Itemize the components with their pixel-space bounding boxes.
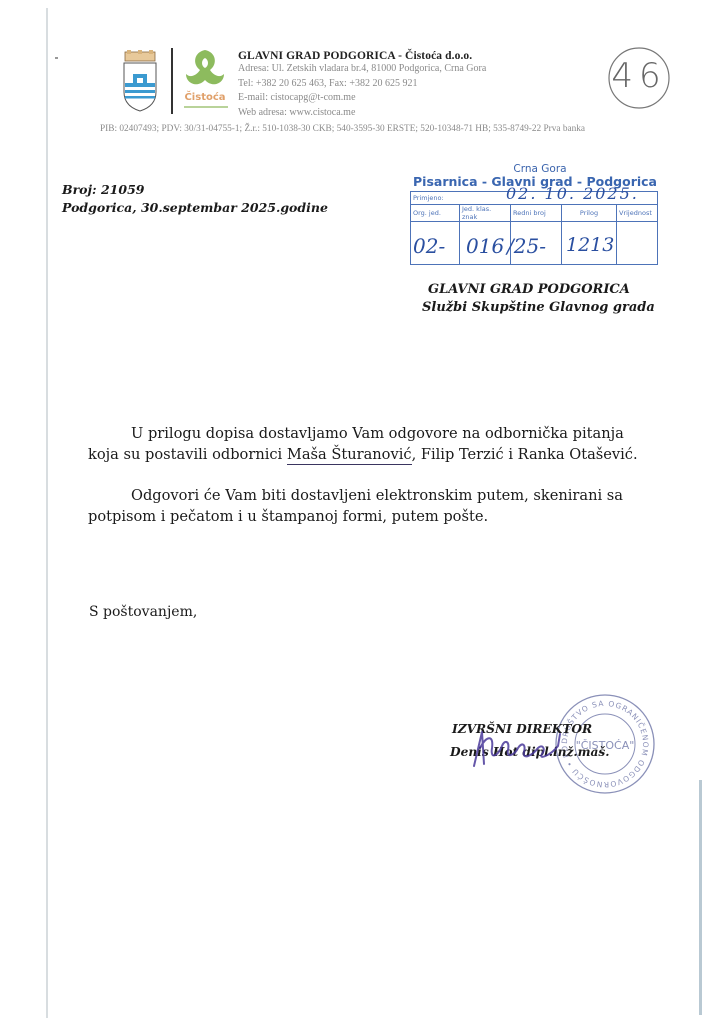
recipient-block: GLAVNI GRAD PODGORICA Službi Skupštine G… (422, 281, 655, 317)
registry-stamp: Crna Gora Pisarnica - Glavni grad - Podg… (410, 163, 660, 265)
body-paragraph-2: Odgovori će Vam biti dostavljeni elektro… (88, 485, 678, 527)
recipient-line-2: Službi Skupštine Glavnog grada (422, 299, 655, 317)
company-email: E-mail: cistocapg@t-com.me (238, 91, 486, 106)
body-paragraph-1: U prilogu dopisa dostavljamo Vam odgovor… (88, 423, 678, 465)
cistoca-logo-text: Čistoća (178, 92, 232, 103)
recipient-line-1: GLAVNI GRAD PODGORICA (422, 281, 655, 299)
scan-edge-left (46, 8, 48, 1018)
stamp-val-redni: /25- (507, 234, 546, 258)
stamp-val-klas: 016 (466, 234, 504, 258)
stamp-received-label: Primjeno: (413, 194, 444, 202)
scan-speck (55, 57, 58, 59)
cistoca-logo: Čistoća (178, 46, 232, 114)
podgorica-crest-icon (121, 50, 159, 112)
cistoca-trefoil-icon (178, 46, 232, 92)
p1-line-2-a: koja su postavili odbornici (88, 446, 287, 463)
cistoca-logo-subline (184, 106, 228, 108)
registry-line: PIB: 02407493; PDV: 30/31-04755-1; Ž.r.:… (100, 124, 585, 134)
stamp-val-org: 02- (413, 234, 445, 258)
letterhead: GLAVNI GRAD PODGORICA - Čistoća d.o.o. A… (238, 50, 486, 120)
document-reference: Broj: 21059 Podgorica, 30.septembar 2025… (62, 181, 328, 217)
company-web: Web adresa: www.cistoca.me (238, 106, 486, 121)
logo-divider (171, 48, 173, 114)
stamp-col-klas: Jed. klas. znak (460, 205, 511, 222)
scan-edge-right (699, 780, 702, 1015)
p1-line-2: koja su postavili odbornici Maša Šturano… (88, 444, 678, 465)
handwritten-page-number: 46 (606, 44, 672, 110)
closing-salutation: S poštovanjem, (89, 604, 197, 620)
handwritten-signature-icon (468, 726, 578, 774)
p1-line-2-b: , Filip Terzić i Ranka Otašević. (412, 446, 638, 463)
page-number-text: 46 (606, 56, 672, 96)
p1-line-1: U prilogu dopisa dostavljamo Vam odgovor… (88, 423, 678, 444)
stamp-col-vrijednost: Vrijednost (617, 205, 658, 222)
stamp-val-prilog: 1213 (566, 234, 614, 256)
stamp-col-org: Org. jed. (411, 205, 460, 222)
stamp-received-date: 02. 10. 2025. (506, 184, 639, 203)
document-number: Broj: 21059 (62, 181, 328, 199)
underlined-name: Maša Šturanović (287, 446, 412, 465)
p2-line-1: Odgovori će Vam biti dostavljeni elektro… (88, 485, 678, 506)
stamp-table: Primjeno: 02. 10. 2025. Org. jed. Jed. k… (410, 191, 658, 265)
p2-line-2: potpisom i pečatom i u štampanoj formi, … (88, 506, 678, 527)
stamp-col-redni: Redni broj (511, 205, 562, 222)
stamp-col-prilog: Prilog (562, 205, 617, 222)
company-title: GLAVNI GRAD PODGORICA - Čistoća d.o.o. (238, 50, 486, 62)
document-place-date: Podgorica, 30.septembar 2025.godine (62, 199, 328, 217)
company-phone-fax: Tel: +382 20 625 463, Fax: +382 20 625 9… (238, 77, 486, 92)
company-address: Adresa: Ul. Zetskih vladara br.4, 81000 … (238, 62, 486, 77)
